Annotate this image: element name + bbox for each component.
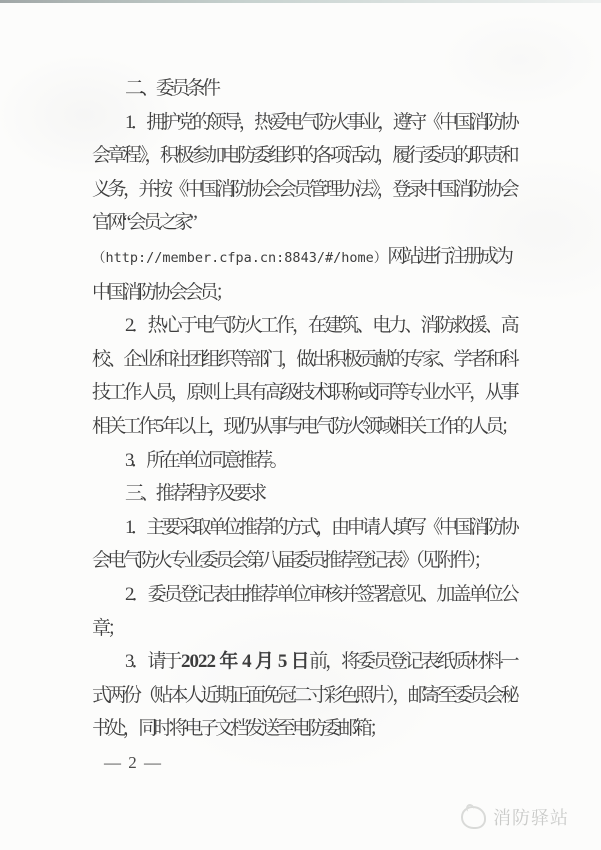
- paragraph-condition-3: 3．所在单位同意推荐。: [92, 444, 516, 478]
- watermark-text: 消防驿站: [493, 804, 569, 830]
- scan-edge-artifact: [0, 0, 601, 3]
- deadline-date: 2022 年 4 月 5 日: [181, 651, 309, 672]
- section-2-heading: 二、委员条件: [92, 72, 516, 106]
- url-text: （http://member.cfpa.cn:8843/#/home）: [92, 250, 387, 266]
- section-3-heading: 三、推荐程序及要求: [92, 477, 516, 511]
- document-page: 二、委员条件 1．拥护党的领导，热爱电气防火事业，遵守《中国消防协会章程》，积极…: [0, 0, 601, 850]
- page-number: — 2 —: [92, 746, 516, 780]
- paragraph-membership-1: 1．拥护党的领导，热爱电气防火事业，遵守《中国消防协会章程》，积极参加电防委组织…: [92, 106, 516, 240]
- url-line-tail: 网站进行注册成为: [387, 246, 510, 267]
- watermark: 消防驿站: [461, 804, 569, 830]
- paragraph-membership-1-end: 中国消防协会会员；: [92, 276, 516, 310]
- watermark-logo-icon: [461, 806, 486, 829]
- paragraph-procedure-1: 1．主要采取单位推荐的方式，由申请人填写《中国消防协会电气防火专业委员会第八届委…: [92, 511, 516, 578]
- paragraph-condition-2: 2．热心于电气防火工作，在建筑、电力、消防救援、高校、企业和社团组织等部门，做出…: [92, 309, 516, 443]
- paragraph-procedure-3: 3．请于 2022 年 4 月 5 日前，将委员登记表纸质材料一式两份（贴本人近…: [92, 645, 516, 746]
- procedure-3-prefix: 3．请于: [125, 651, 181, 672]
- document-body: 二、委员条件 1．拥护党的领导，热爱电气防火事业，遵守《中国消防协会章程》，积极…: [92, 72, 516, 779]
- paragraph-url-line: （http://member.cfpa.cn:8843/#/home）网站进行注…: [92, 240, 516, 276]
- paragraph-procedure-2: 2．委员登记表由推荐单位审核并签署意见、加盖单位公章；: [92, 578, 516, 645]
